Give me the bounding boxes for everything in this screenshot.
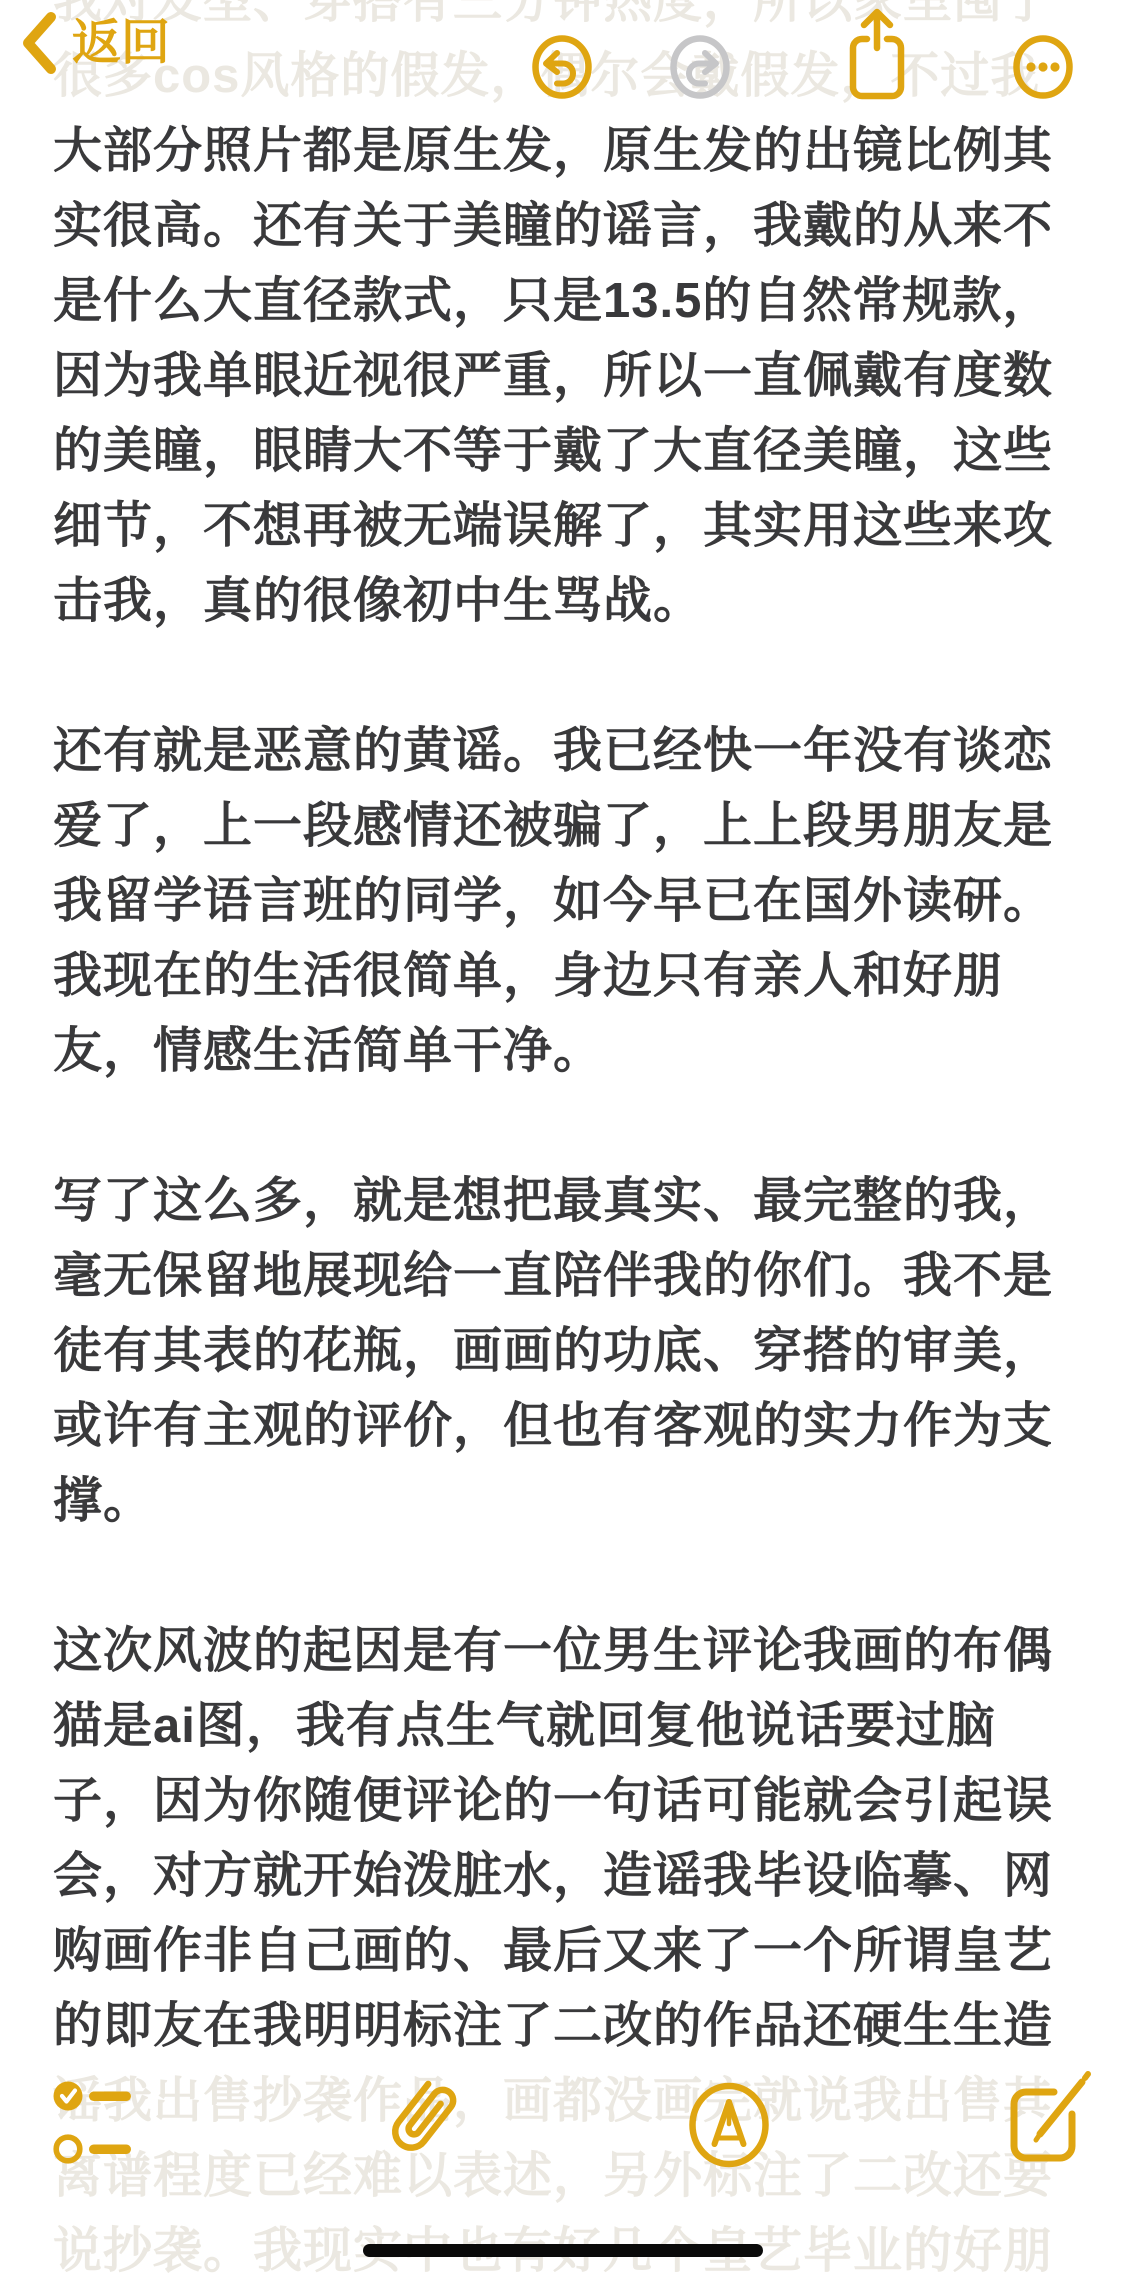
checklist-button[interactable] [52, 2078, 134, 2170]
markup-button[interactable] [686, 2082, 772, 2168]
back-button[interactable]: 返回 [18, 10, 170, 76]
more-button[interactable] [1011, 35, 1075, 99]
note-paragraph: 这次风波的起因是有一位男生评论我画的布偶 猫是ai图，我有点生气就回复他说话要过… [53, 1614, 1083, 2064]
undo-button[interactable] [530, 35, 594, 99]
markup-pen-icon [686, 2082, 772, 2168]
attachment-button[interactable] [368, 2064, 468, 2182]
redo-icon [668, 35, 732, 99]
more-ellipsis-icon [1011, 35, 1075, 99]
share-icon [845, 6, 909, 102]
redo-button[interactable] [668, 35, 732, 99]
share-button[interactable] [845, 6, 909, 102]
navbar: 返回 [0, 0, 1125, 104]
notes-app-screen: 我对发型、穿搭有三分钟热度，所以家里囤了 很多cos风格的假发，偶尔会戴假发，不… [0, 0, 1125, 2283]
paperclip-icon [368, 2064, 468, 2182]
note-paragraph: 写了这么多，就是想把最真实、最完整的我， 毫无保留地展现给一直陪伴我的你们。我不… [53, 1164, 1083, 1539]
back-chevron-icon [18, 10, 58, 76]
home-indicator[interactable] [363, 2244, 763, 2257]
note-paragraph: 大部分照片都是原生发，原生发的出镜比例其 实很高。还有关于美瞳的谣言，我戴的从来… [53, 114, 1083, 639]
note-body[interactable]: 我对发型、穿搭有三分钟热度，所以家里囤了 很多cos风格的假发，偶尔会戴假发，不… [53, 0, 1083, 2283]
back-button-label: 返回 [72, 13, 170, 73]
note-paragraph: 还有就是恶意的黄谣。我已经快一年没有谈恋 爱了，上一段感情还被骗了，上上段男朋友… [53, 714, 1083, 1089]
checklist-icon [52, 2078, 134, 2170]
compose-button[interactable] [1002, 2068, 1096, 2172]
undo-icon [530, 35, 594, 99]
compose-icon [1002, 2068, 1096, 2172]
